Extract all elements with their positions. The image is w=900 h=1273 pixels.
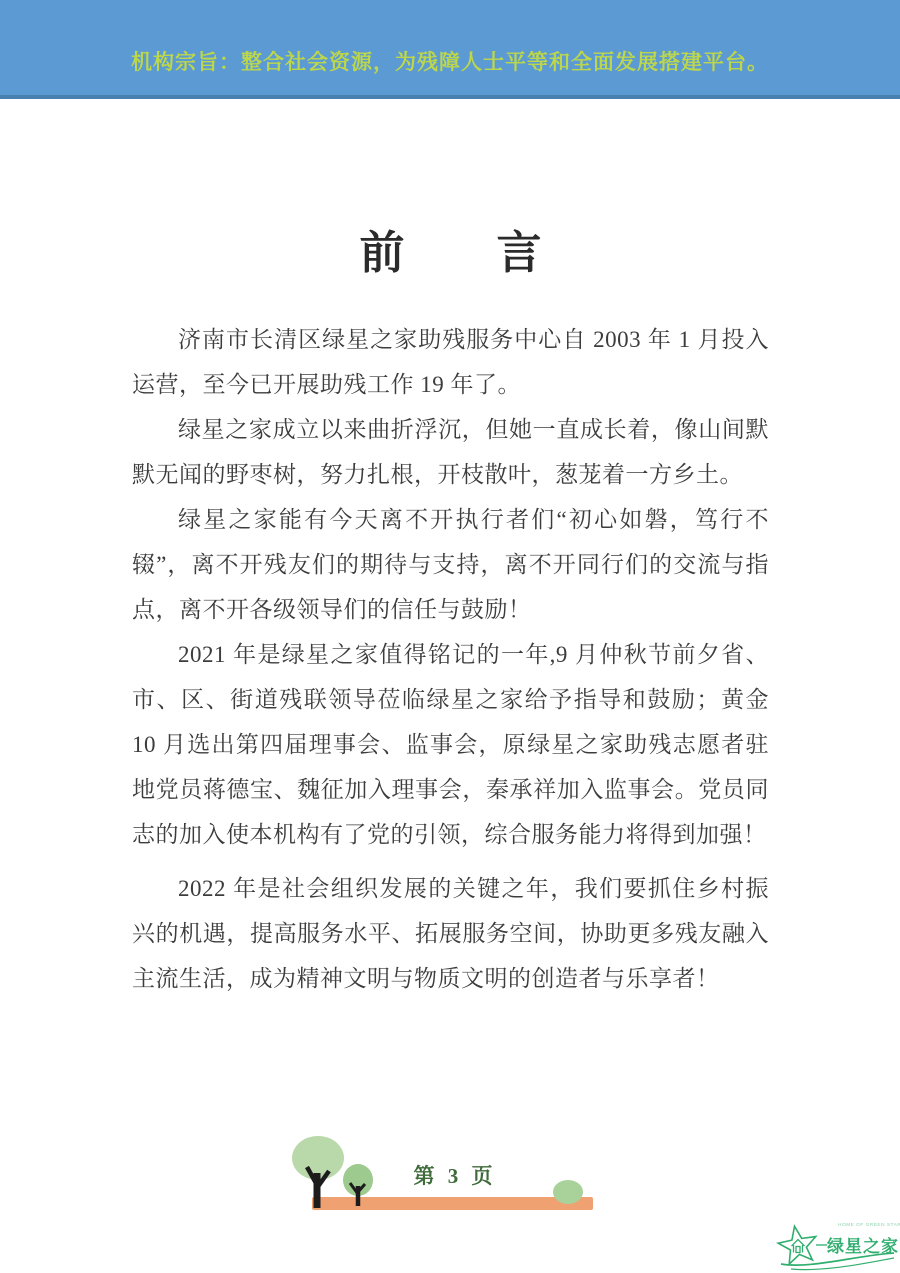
paragraph-5: 2022 年是社会组织发展的关键之年，我们要抓住乡村振兴的机遇，提高服务水平、拓… <box>132 866 769 1001</box>
paragraph-2: 绿星之家成立以来曲折浮沉，但她一直成长着，像山间默默无闻的野枣树，努力扎根，开枝… <box>132 407 769 497</box>
page-title: 前 言 <box>132 216 769 281</box>
slogan-banner: 机构宗旨：整合社会资源，为残障人士平等和全面发展搭建平台。 <box>0 0 900 99</box>
paragraph-1: 济南市长清区绿星之家助残服务中心自 2003 年 1 月投入运营，至今已开展助残… <box>132 317 769 407</box>
slogan-text: 机构宗旨：整合社会资源，为残障人士平等和全面发展搭建平台。 <box>0 46 900 76</box>
body-content: 济南市长清区绿星之家助残服务中心自 2003 年 1 月投入运营，至今已开展助残… <box>132 317 769 1001</box>
ground-bar <box>312 1197 593 1210</box>
page-number: 第 3 页 <box>393 1160 517 1190</box>
org-logo: HOME OF GREEN STAR 绿星之家 <box>775 1205 900 1273</box>
bush-icon <box>553 1180 583 1204</box>
logo-wordmark-cn: 绿星之家 <box>827 1232 899 1257</box>
logo-tagline-en: HOME OF GREEN STAR <box>838 1222 900 1227</box>
paragraph-3: 绿星之家能有今天离不开执行者们“初心如磐，笃行不辍”，离不开残友们的期待与支持，… <box>132 497 769 632</box>
page-title-char-right: 言 <box>497 216 542 281</box>
star-outline <box>778 1226 816 1264</box>
page-title-char-left: 前 <box>359 216 404 281</box>
paragraph-4: 2021 年是绿星之家值得铭记的一年,9 月仲秋节前夕省、市、区、街道残联领导莅… <box>132 632 769 857</box>
document-page: 机构宗旨：整合社会资源，为残障人士平等和全面发展搭建平台。 前 言 济南市长清区… <box>0 0 900 1273</box>
